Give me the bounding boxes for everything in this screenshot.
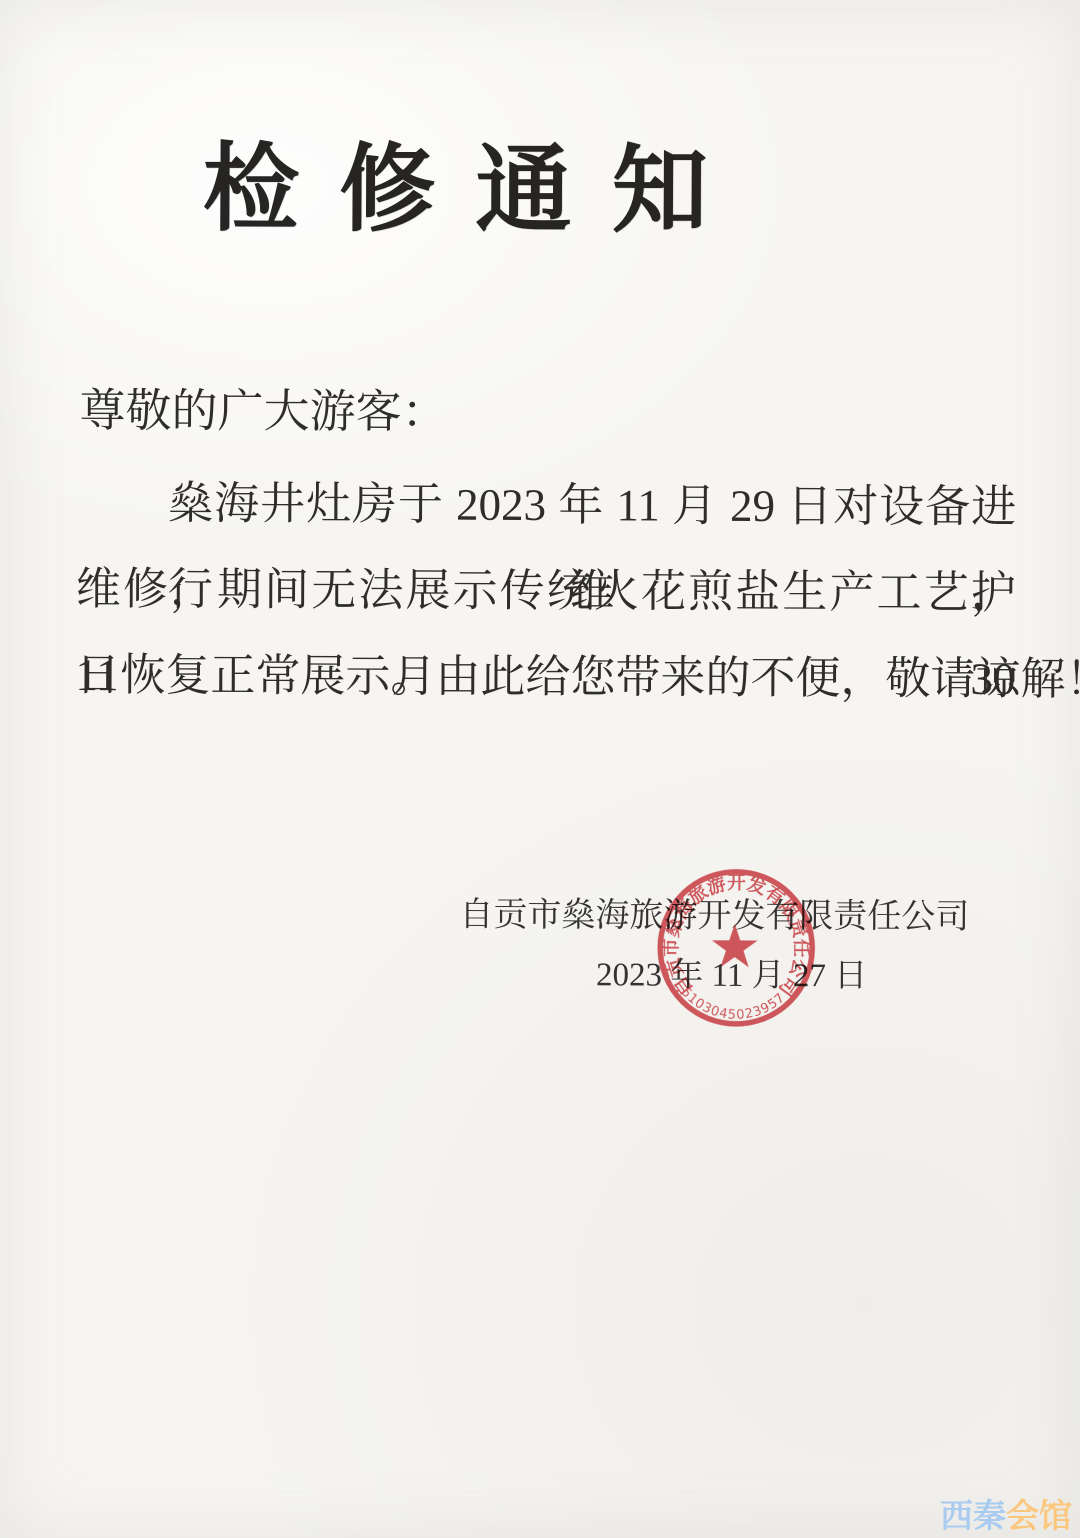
notice-content: 检修通知 尊敬的广大游客： 燊海井灶房于 2023 年 11 月 29 日对设备… [0,0,1080,1538]
watermark-text-blue: 西秦 [940,1496,1006,1535]
body-line-1: 燊海井灶房于 2023 年 11 月 29 日对设备进行维护 [76,460,1016,550]
scanned-notice-page: 检修通知 尊敬的广大游客： 燊海井灶房于 2023 年 11 月 29 日对设备… [0,0,1080,1538]
body-line-3: 日恢复正常展示。由此给您带来的不便，敬请谅解！ [75,632,1015,722]
notice-title: 检修通知 [0,135,1016,245]
site-watermark: 西秦会馆 [940,1499,1072,1532]
salutation: 尊敬的广大游客： [79,386,447,438]
body-line-2: 维修，期间无法展示传统火花煎盐生产工艺，11 月 30 [76,546,1016,636]
star-icon [712,924,758,968]
watermark-text-orange: 会馆 [1006,1496,1072,1535]
notice-body: 燊海井灶房于 2023 年 11 月 29 日对设备进行维护 维修，期间无法展示… [75,460,1016,722]
company-seal-stamp: 自贡市燊海旅游开发有限责任公司 5103045023957 [646,857,827,1038]
